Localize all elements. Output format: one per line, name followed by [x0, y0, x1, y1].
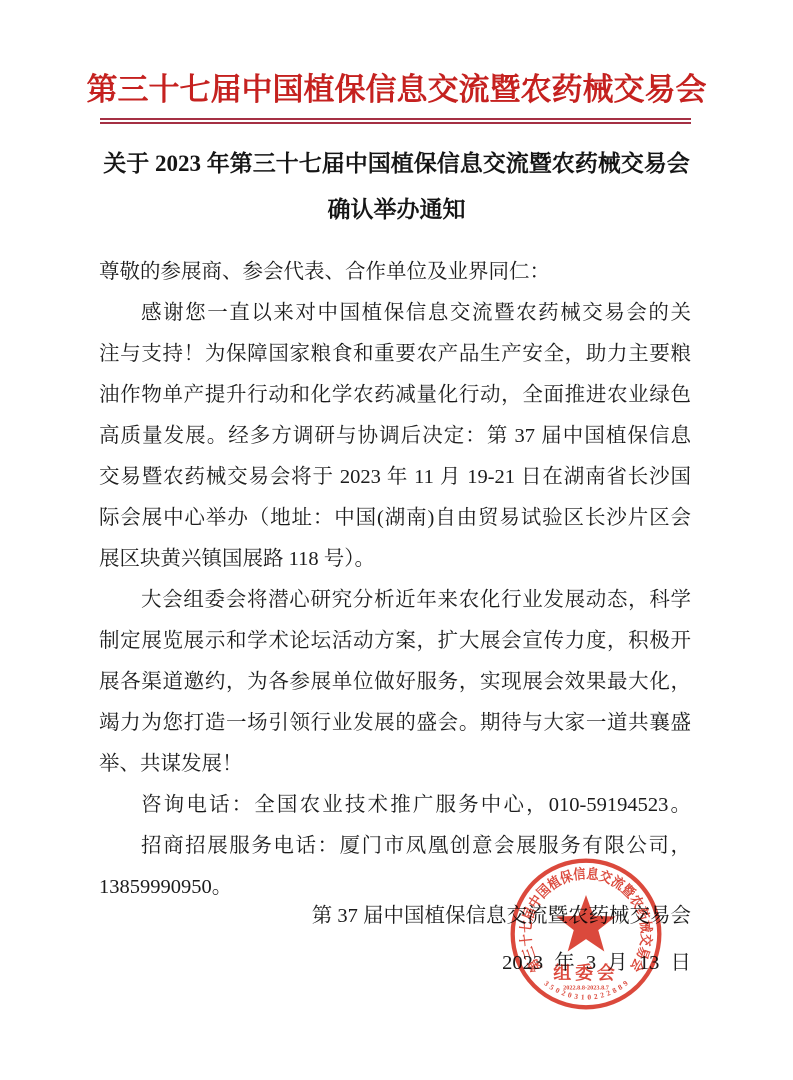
body-line: 感谢您一直以来对中国植保信息交流暨农药械交易会的关 [99, 293, 691, 334]
body-line: 际会展中心举办（地址：中国(湖南)自由贸易试验区长沙片区会 [99, 498, 691, 539]
body-line: 展各渠道邀约，为各参展单位做好服务，实现展会效果最大化， [99, 662, 691, 703]
seal-star-icon [556, 895, 615, 951]
body-line: 交易暨农药械交易会将于 2023 年 11 月 19-21 日在湖南省长沙国 [99, 457, 691, 498]
seal-committee-label: 组委会 [553, 962, 618, 983]
notice-heading-line-2: 确认举办通知 [0, 187, 793, 233]
salutation-line: 尊敬的参展商、参会代表、合作单位及业界同仁： [99, 252, 691, 293]
notice-heading: 关于 2023 年第三十七届中国植保信息交流暨农药械交易会 确认举办通知 [0, 141, 793, 233]
notice-body: 尊敬的参展商、参会代表、合作单位及业界同仁： 感谢您一直以来对中国植保信息交流暨… [99, 252, 691, 908]
official-seal: 第三十七届中国植保信息交流暨农药械交易会 组委会 2022.8.8-2023.8… [508, 856, 664, 1012]
body-line: 制定展览展示和学术论坛活动方案，扩大展会宣传力度，积极开 [99, 621, 691, 662]
notice-heading-line-1: 关于 2023 年第三十七届中国植保信息交流暨农药械交易会 [0, 141, 793, 187]
body-line: 竭力为您打造一场引领行业发展的盛会。期待与大家一道共襄盛 [99, 703, 691, 744]
body-line: 举、共谋发展！ [99, 744, 691, 785]
body-line: 展区块黄兴镇国展路 118 号）。 [99, 539, 691, 580]
body-line: 高质量发展。经多方调研与协调后决定：第 37 届中国植保信息 [99, 416, 691, 457]
body-line: 油作物单产提升行动和化学农药减量化行动，全面推进农业绿色 [99, 375, 691, 416]
seal-validity-dates: 2022.8.8-2023.8.7 [563, 984, 609, 991]
document-title: 第三十七届中国植保信息交流暨农药械交易会 [0, 64, 793, 109]
body-line: 注与支持！为保障国家粮食和重要农产品生产安全，助力主要粮 [99, 334, 691, 375]
body-line: 大会组委会将潜心研究分析近年来农化行业发展动态，科学 [99, 580, 691, 621]
notice-document-page: 第三十七届中国植保信息交流暨农药械交易会 关于 2023 年第三十七届中国植保信… [0, 0, 793, 1080]
title-divider-rule [100, 118, 691, 124]
contact-phone-line: 咨询电话：全国农业技术推广服务中心，010-59194523。 [99, 785, 691, 826]
